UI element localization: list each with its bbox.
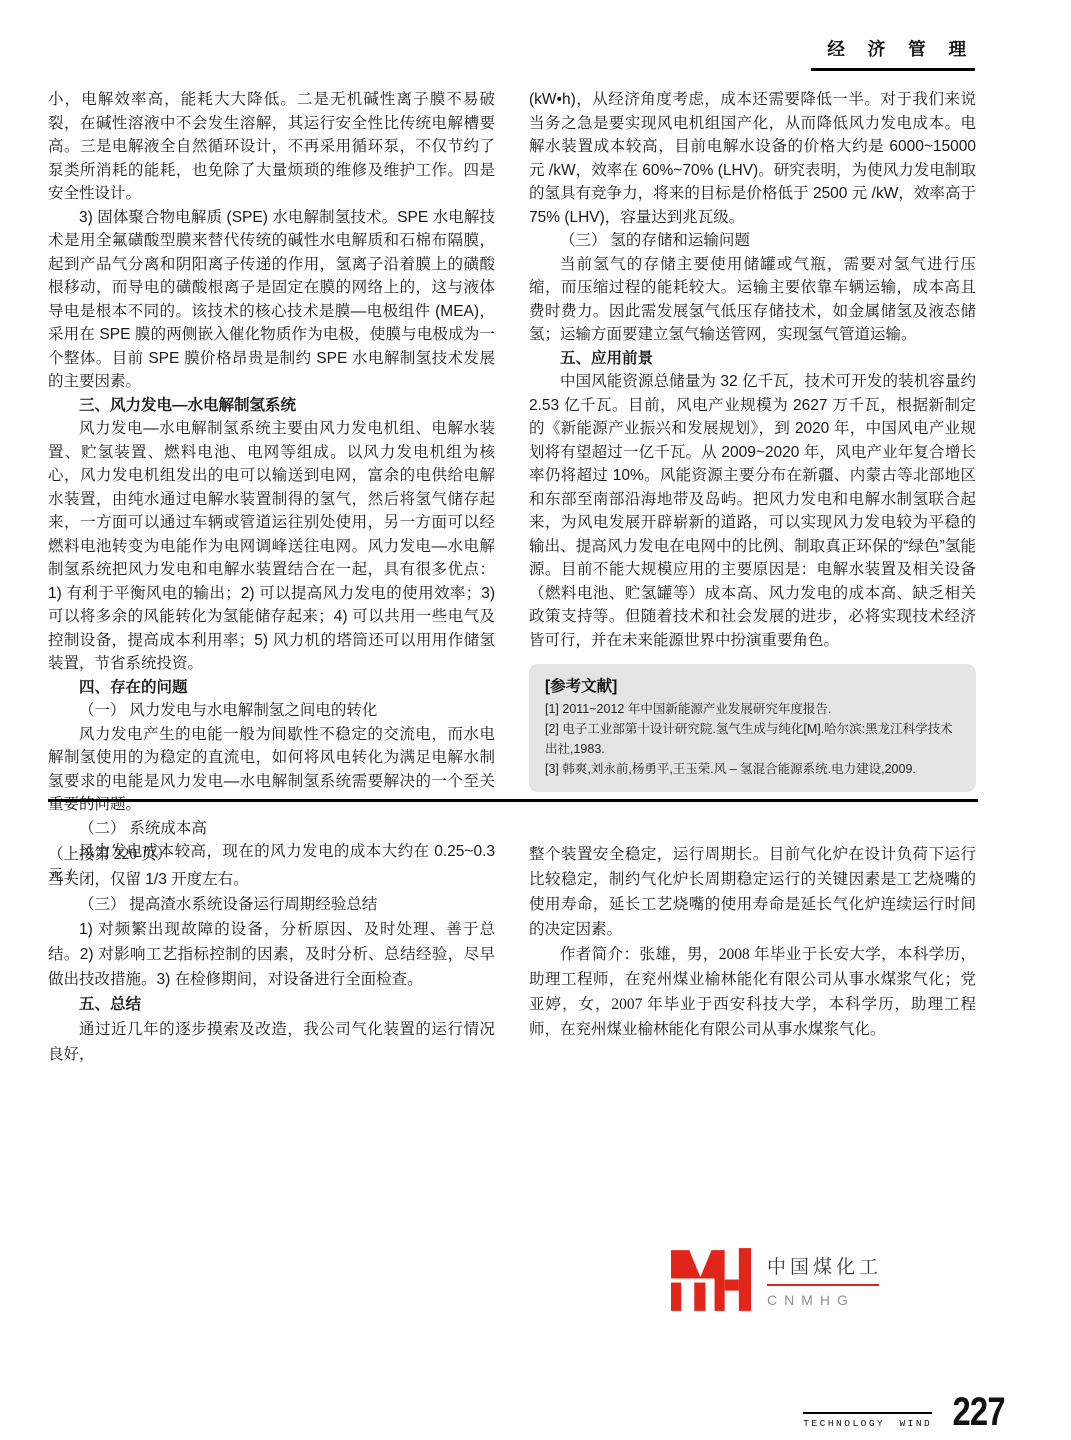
paragraph: 当关闭，仅留 1/3 开度左右。 [48,867,495,892]
paragraph: 小，电解效率高，能耗大大降低。二是无机碱性离子膜不易破裂，在碱性溶液中不会发生溶… [48,88,495,206]
references-box: [参考文献] [1] 2011~2012 年中国新能源产业发展研究年度报告. [… [529,664,976,792]
coal-chem-logo-icon [671,1248,751,1311]
section-heading: 五、总结 [48,992,495,1017]
bottom-left-column: （上接第 220 页） 当关闭，仅留 1/3 开度左右。 （三） 提高渣水系统设… [48,842,495,1067]
publisher-logo: 中国煤化工 CNMHG [671,1248,882,1311]
page-footer: TECHNOLOGY WIND 227 [803,1396,1005,1429]
logo-text: 中国煤化工 CNMHG [767,1248,882,1308]
page-number: 227 [953,1396,1005,1429]
article-top: 小，电解效率高，能耗大大降低。二是无机碱性离子膜不易破裂，在碱性溶液中不会发生溶… [48,88,976,887]
journal-name: TECHNOLOGY WIND [803,1412,932,1429]
paragraph: (kW•h)，从经济角度考虑，成本还需要降低一半。对于我们来说当务之急是要实现风… [529,88,976,229]
paragraph: 风力发电产生的电能一般为间歇性不稳定的交流电，而水电解制氢使用的为稳定的直流电，… [48,723,495,817]
references-label: [参考文献] [545,675,960,699]
logo-name-cn: 中国煤化工 [767,1252,882,1279]
article-divider-rule [48,799,978,802]
bottom-right-column: 整个装置安全稳定，运行周期长。目前气化炉在设计负荷下运行比较稳定，制约气化炉长周… [529,842,976,1067]
sub-heading: （二） 系统成本高 [48,817,495,841]
section-heading: 三、风力发电—水电解制氢系统 [48,394,495,418]
reference-item: [1] 2011~2012 年中国新能源产业发展研究年度报告. [545,699,960,719]
paragraph: 通过近几年的逐步摸索及改造，我公司气化装置的运行情况良好， [48,1017,495,1067]
page-header: 经 济 管 理 [811,36,975,71]
column-section-title: 经 济 管 理 [811,36,975,71]
paragraph: 当前氢气的存储主要使用储罐或气瓶，需要对氢气进行压缩，而压缩过程的能耗较大。运输… [529,253,976,347]
sub-heading: （三） 氢的存储和运输问题 [529,229,976,253]
reference-item: [3] 韩爽,刘永前,杨勇平,王玉荣.风 – 氢混合能源系统.电力建设,2009… [545,759,960,779]
top-right-column: (kW•h)，从经济角度考虑，成本还需要降低一半。对于我们来说当务之急是要实现风… [529,88,976,887]
journal-page: 经 济 管 理 小，电解效率高，能耗大大降低。二是无机碱性离子膜不易破裂，在碱性… [0,0,1071,1440]
article-bottom: （上接第 220 页） 当关闭，仅留 1/3 开度左右。 （三） 提高渣水系统设… [48,842,976,1067]
paragraph: 整个装置安全稳定，运行周期长。目前气化炉在设计负荷下运行比较稳定，制约气化炉长周… [529,842,976,942]
paragraph: 中国风能资源总储量为 32 亿千瓦，技术可开发的装机容量约 2.53 亿千瓦。目… [529,370,976,652]
logo-rule [767,1284,879,1286]
paragraph: 3) 固体聚合物电解质 (SPE) 水电解制氢技术。SPE 水电解技术是用全氟磺… [48,206,495,394]
author-bio: 作者简介：张雄，男，2008 年毕业于长安大学，本科学历，助理工程师，在兖州煤业… [529,942,976,1042]
logo-name-en: CNMHG [767,1292,882,1308]
section-heading: 五、应用前景 [529,347,976,371]
top-left-column: 小，电解效率高，能耗大大降低。二是无机碱性离子膜不易破裂，在碱性溶液中不会发生溶… [48,88,495,887]
paragraph: 风力发电—水电解制氢系统主要由风力发电机组、电解水装置、贮氢装置、燃料电池、电网… [48,417,495,676]
sub-heading: （三） 提高渣水系统设备运行周期经验总结 [48,892,495,917]
continued-from-note: （上接第 220 页） [48,842,495,867]
sub-heading: （一） 风力发电与水电解制氢之间电的转化 [48,699,495,723]
reference-item: [2] 电子工业部第十设计研究院.氢气生成与纯化[M].哈尔滨:黑龙江科学技术出… [545,719,960,759]
section-heading: 四、存在的问题 [48,676,495,700]
paragraph: 1) 对频繁出现故障的设备，分析原因、及时处理、善于总结。2) 对影响工艺指标控… [48,917,495,992]
